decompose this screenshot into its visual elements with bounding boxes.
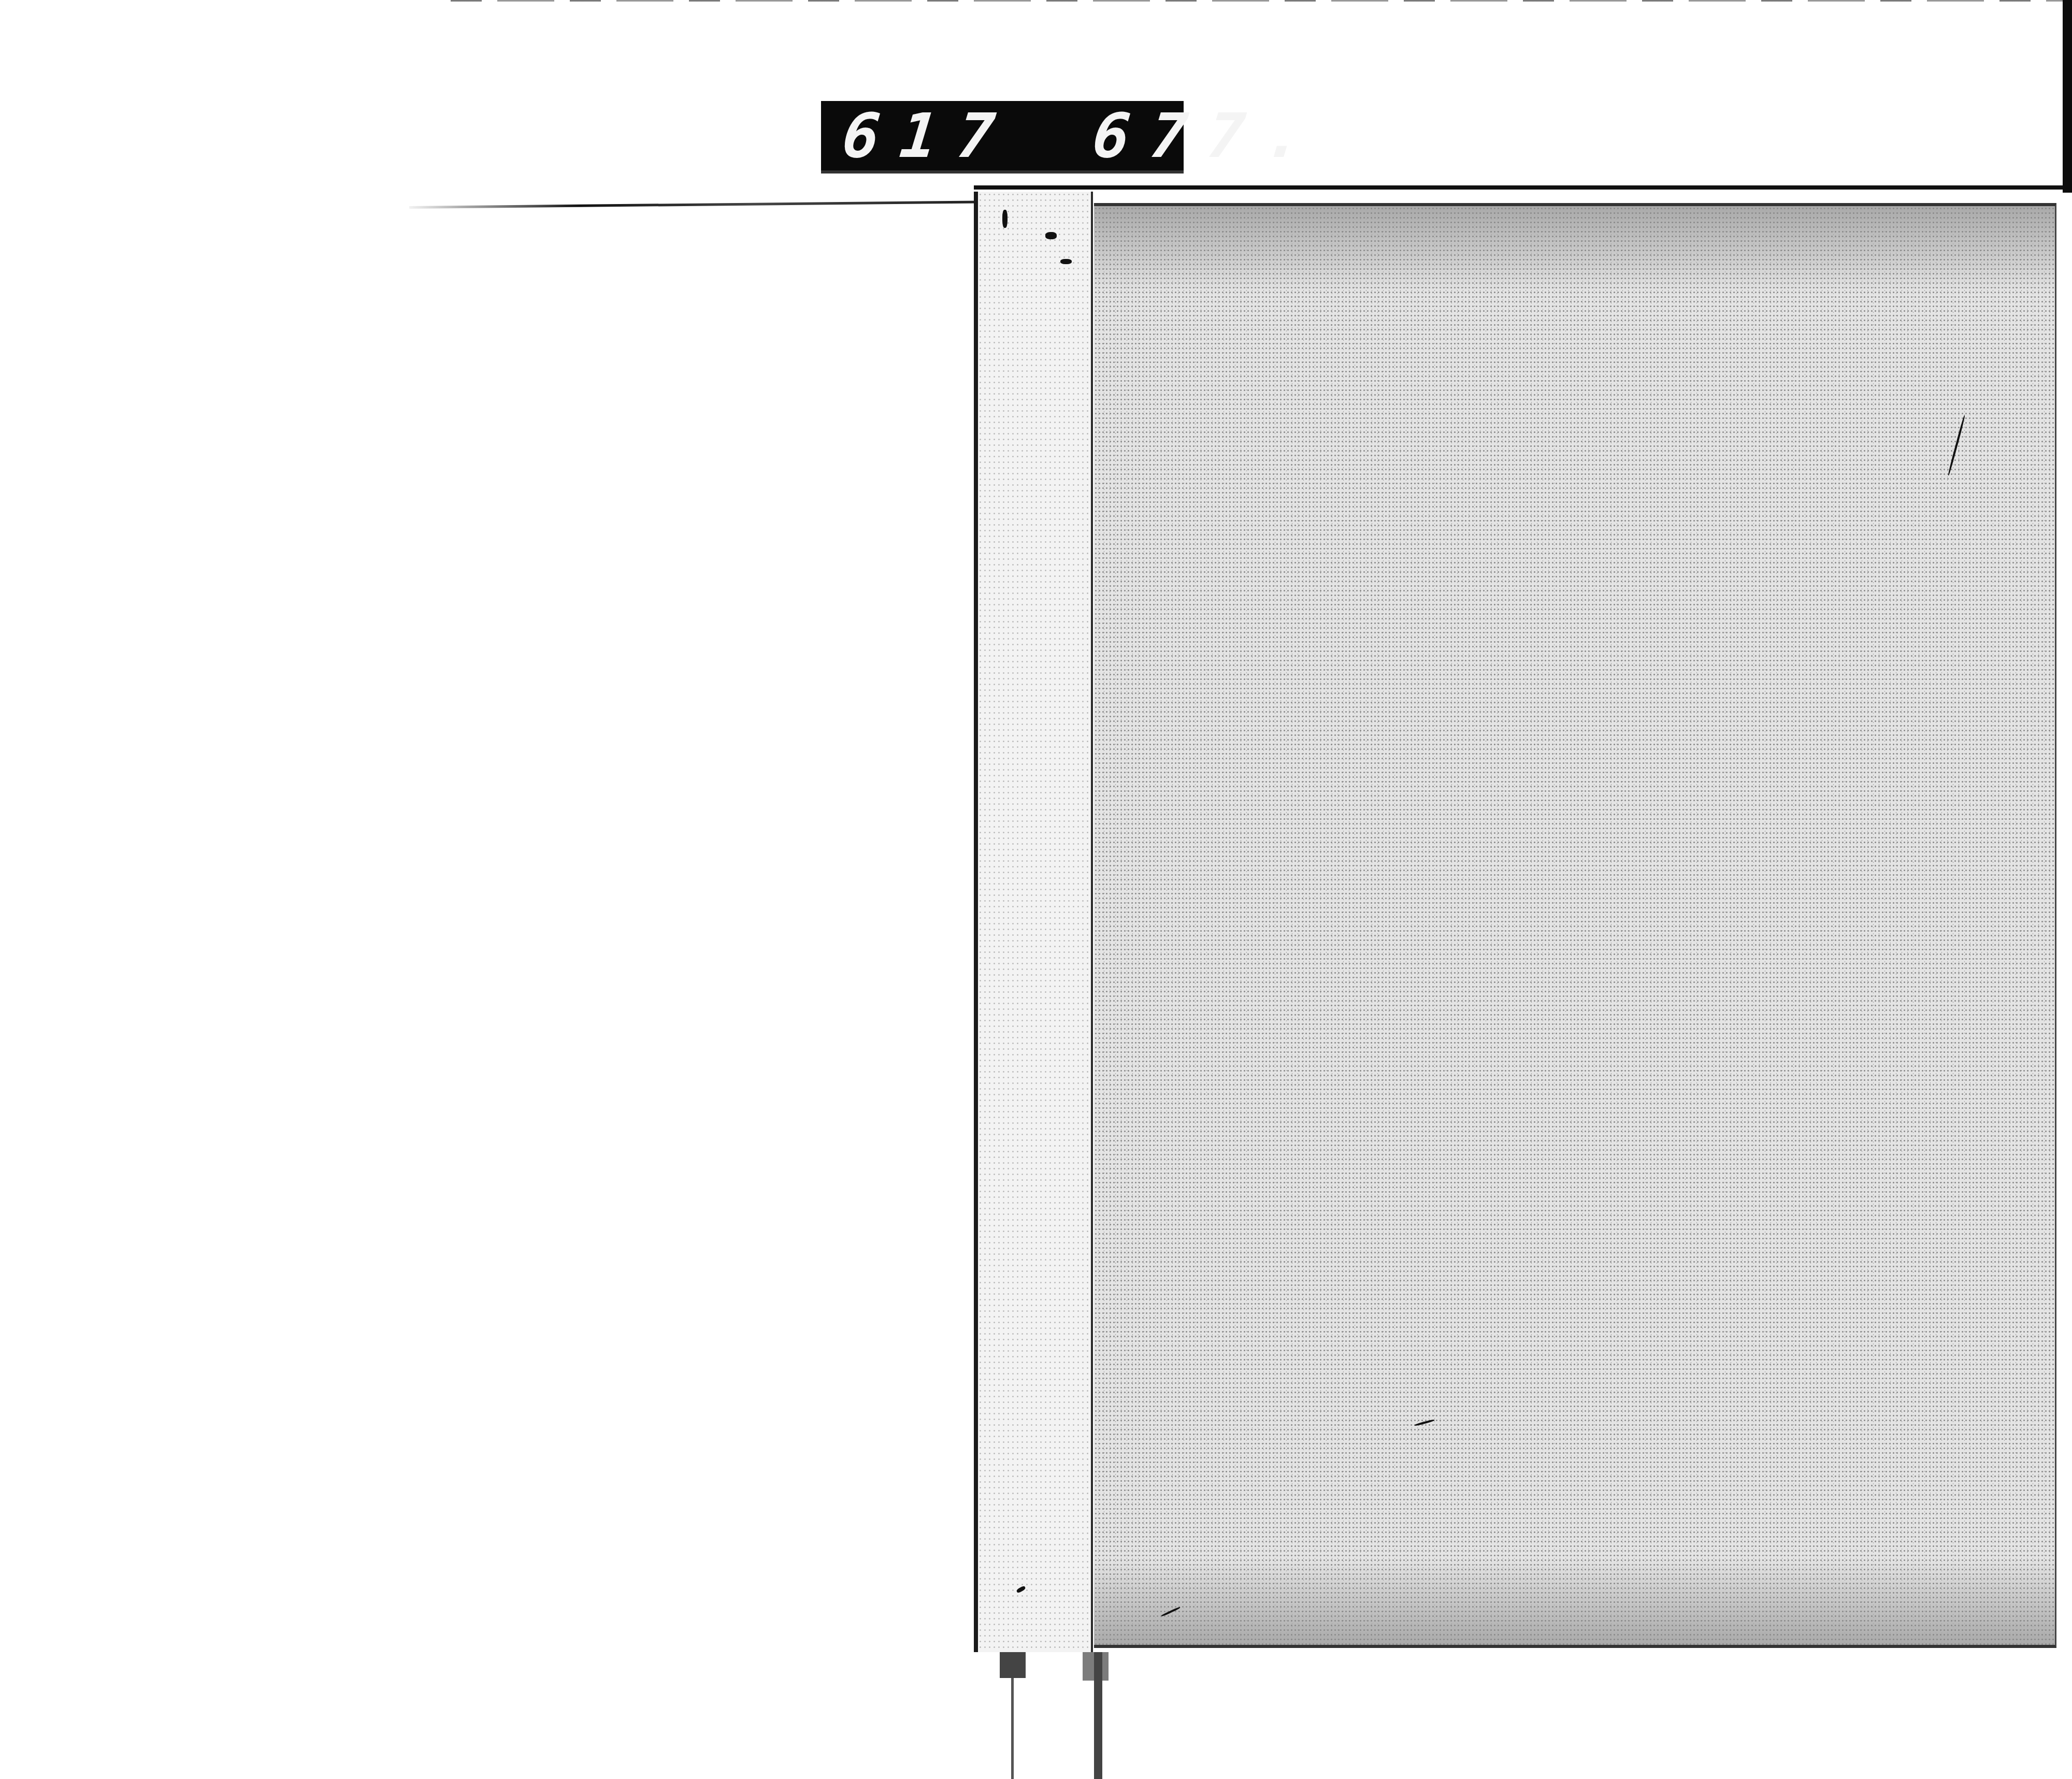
bottom-tab-left	[1000, 1652, 1026, 1678]
ink-mark	[1002, 210, 1008, 228]
bottom-tab-right	[1094, 1652, 1102, 1779]
frame-counter-left: 617	[840, 105, 1019, 166]
frame-counter: 617 677.	[821, 101, 1184, 173]
book-spine-strip	[974, 192, 1093, 1652]
scan-edge-line	[451, 0, 2072, 2]
bottom-tab-left-line	[1011, 1678, 1014, 1779]
ink-mark	[1045, 232, 1057, 239]
frame-top-border	[974, 185, 2067, 190]
left-horizontal-rule	[409, 200, 979, 209]
ink-mark	[1060, 259, 1072, 264]
frame-counter-right: 677.	[1090, 105, 1327, 166]
blank-page	[1094, 203, 2056, 1648]
frame-right-border	[2063, 0, 2072, 193]
